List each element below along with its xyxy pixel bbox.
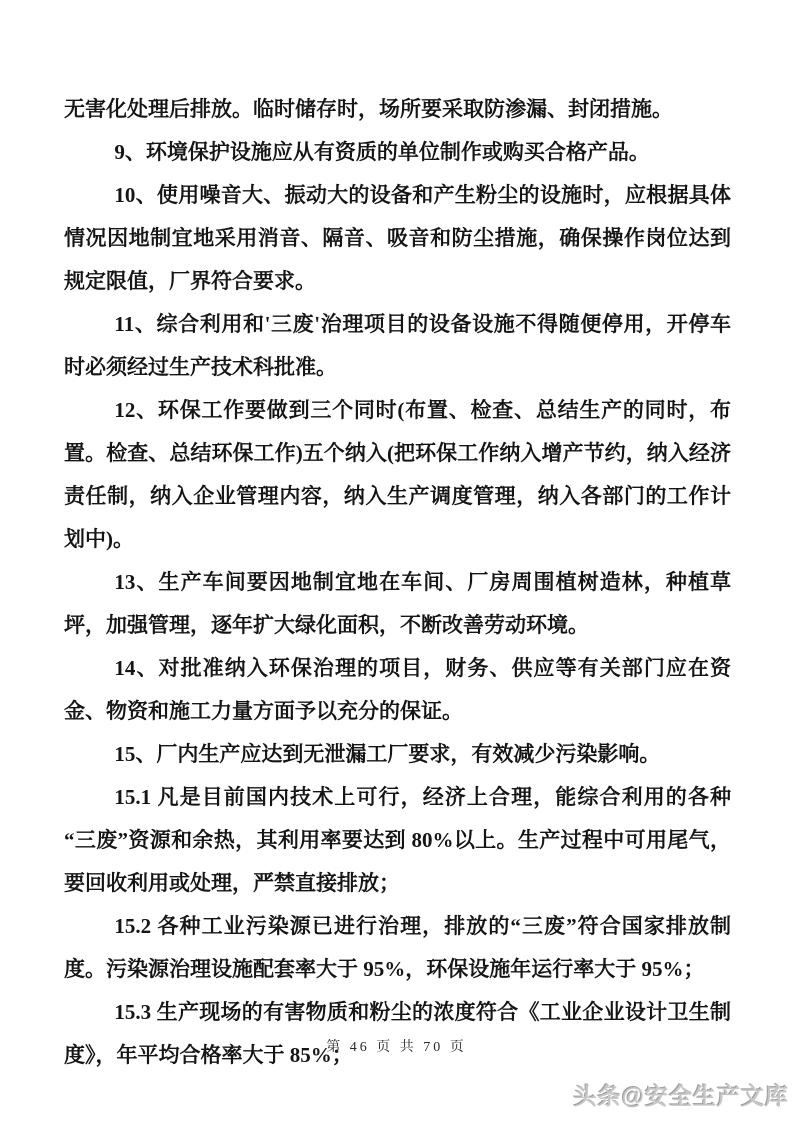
- paragraph: 无害化处理后排放。临时储存时，场所要采取防渗漏、封闭措施。: [64, 88, 731, 131]
- paragraph: 15.1 凡是目前国内技术上可行，经济上合理，能综合利用的各种“三废”资源和余热…: [64, 776, 731, 905]
- paragraph: 15、厂内生产应达到无泄漏工厂要求，有效减少污染影响。: [64, 733, 731, 776]
- paragraph: 9、环境保护设施应从有资质的单位制作或购买合格产品。: [64, 131, 731, 174]
- page-footer: 第 46 页 共 70 页: [0, 1036, 793, 1056]
- document-page: 无害化处理后排放。临时储存时，场所要采取防渗漏、封闭措施。9、环境保护设施应从有…: [0, 0, 793, 1122]
- document-body: 无害化处理后排放。临时储存时，场所要采取防渗漏、封闭措施。9、环境保护设施应从有…: [64, 88, 731, 1077]
- paragraph: 15.3 生产现场的有害物质和粉尘的浓度符合《工业企业设计卫生制度》，年平均合格…: [64, 991, 731, 1077]
- paragraph: 13、生产车间要因地制宜地在车间、厂房周围植树造林，种植草坪，加强管理，逐年扩大…: [64, 561, 731, 647]
- watermark-text: 头条@安全生产文库: [574, 1078, 789, 1111]
- paragraph: 14、对批准纳入环保治理的项目，财务、供应等有关部门应在资金、物资和施工力量方面…: [64, 647, 731, 733]
- paragraph: 12、环保工作要做到三个同时(布置、检查、总结生产的同时，布置。检查、总结环保工…: [64, 389, 731, 561]
- paragraph: 10、使用噪音大、振动大的设备和产生粉尘的设施时，应根据具体情况因地制宜地采用消…: [64, 174, 731, 303]
- paragraph: 15.2 各种工业污染源已进行治理，排放的“三废”符合国家排放制度。污染源治理设…: [64, 905, 731, 991]
- paragraph: 11、综合利用和'三废'治理项目的设备设施不得随便停用，开停车时必须经过生产技术…: [64, 303, 731, 389]
